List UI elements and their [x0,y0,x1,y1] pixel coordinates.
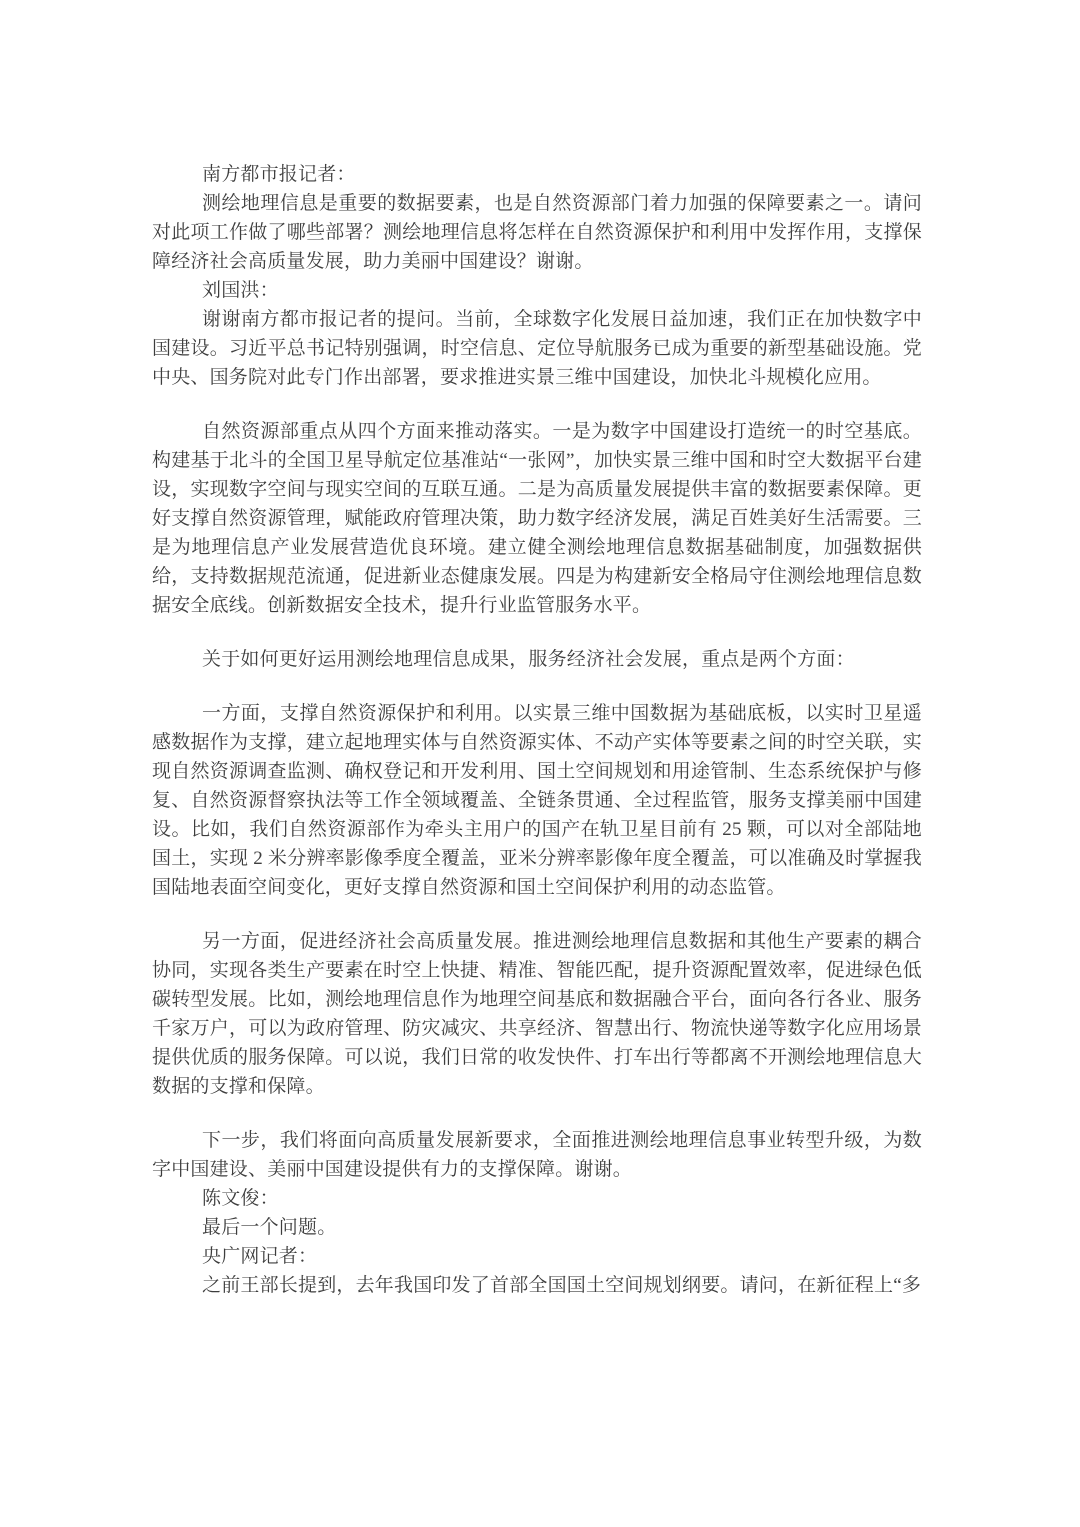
paragraph: 之前王部长提到，去年我国印发了首部全国国土空间规划纲要。请问，在新征程上“多 [152,1271,922,1300]
transcript-body: 南方都市报记者： 测绘地理信息是重要的数据要素，也是自然资源部门着力加强的保障要… [152,160,922,1300]
speech-block-liu-guohong: 刘国洪： 谢谢南方都市报记者的提问。当前，全球数字化发展日益加速，我们正在加快数… [152,276,922,1184]
paragraph: 一方面，支撑自然资源保护和利用。以实景三维中国数据为基础底板，以实时卫星遥感数据… [152,699,922,902]
speech-block-chen-wenjun: 陈文俊： 最后一个问题。 [152,1184,922,1242]
paragraph: 自然资源部重点从四个方面来推动落实。一是为数字中国建设打造统一的时空基底。构建基… [152,417,922,620]
speaker-name: 南方都市报记者： [152,160,922,189]
speaker-name: 刘国洪： [152,276,922,305]
paragraph: 最后一个问题。 [152,1213,922,1242]
paragraph: 谢谢南方都市报记者的提问。当前，全球数字化发展日益加速，我们正在加快数字中国建设… [152,305,922,392]
paragraph: 下一步，我们将面向高质量发展新要求，全面推进测绘地理信息事业转型升级，为数字中国… [152,1126,922,1184]
speaker-name: 央广网记者： [152,1242,922,1271]
paragraph: 测绘地理信息是重要的数据要素，也是自然资源部门着力加强的保障要素之一。请问对此项… [152,189,922,276]
paragraph: 关于如何更好运用测绘地理信息成果，服务经济社会发展，重点是两个方面： [152,645,922,674]
speech-block-cnr-reporter: 央广网记者： 之前王部长提到，去年我国印发了首部全国国土空间规划纲要。请问，在新… [152,1242,922,1300]
paragraph: 另一方面，促进经济社会高质量发展。推进测绘地理信息数据和其他生产要素的耦合协同，… [152,927,922,1101]
speaker-name: 陈文俊： [152,1184,922,1213]
speech-block-nandu-reporter: 南方都市报记者： 测绘地理信息是重要的数据要素，也是自然资源部门着力加强的保障要… [152,160,922,276]
document-page: 南方都市报记者： 测绘地理信息是重要的数据要素，也是自然资源部门着力加强的保障要… [0,0,1080,1527]
